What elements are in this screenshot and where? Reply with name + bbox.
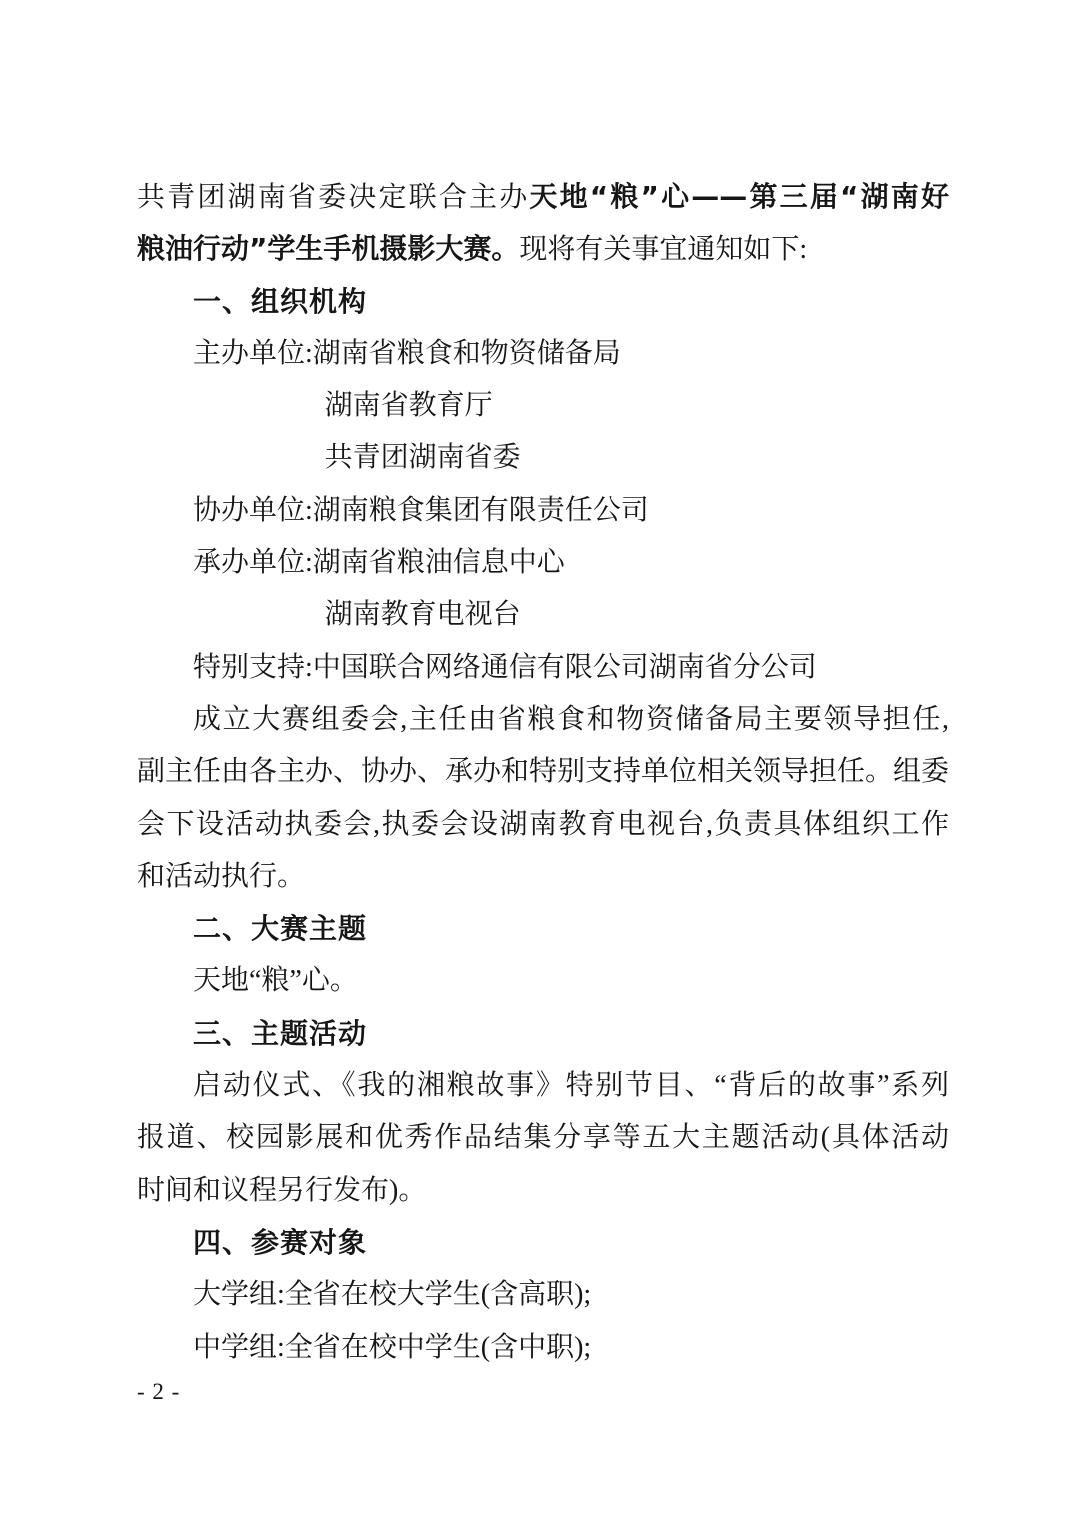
document-line: 湖南教育电视台	[137, 589, 949, 641]
document-line: 特别支持:中国联合网络通信有限公司湖南省分公司	[137, 642, 949, 694]
text-run: 现将有关事宜通知如下:	[519, 234, 807, 265]
text-run: 四、参赛对象	[193, 1226, 367, 1259]
text-run: 副主任由各主办、协办、承办和特别支持单位相关领导担任。组委	[137, 756, 949, 787]
text-run: 天地“粮”心。	[193, 965, 358, 996]
text-run: 承办单位:湖南省粮油信息中心	[193, 547, 565, 578]
document-line: 中学组:全省在校中学生(含中职);	[137, 1322, 949, 1374]
document-line: 共青团湖南省委决定联合主办天地“粮”心——第三届“湖南好	[137, 171, 949, 223]
text-run: 共青团湖南省委	[325, 442, 521, 473]
document-line: 湖南省教育厅	[137, 380, 949, 432]
document-page: 共青团湖南省委决定联合主办天地“粮”心——第三届“湖南好粮油行动”学生手机摄影大…	[0, 0, 1080, 1528]
document-line: 承办单位:湖南省粮油信息中心	[137, 537, 949, 589]
text-run: 粮油行动”学生手机摄影大赛。	[137, 232, 519, 265]
section-heading: 三、主题活动	[137, 1008, 949, 1060]
document-line: 启动仪式、《我的湘粮故事》特别节目、“背后的故事”系列	[137, 1060, 949, 1112]
text-run: 三、主题活动	[193, 1017, 367, 1050]
document-line: 大学组:全省在校大学生(含高职);	[137, 1269, 949, 1321]
text-run: 主办单位:湖南省粮食和物资储备局	[193, 338, 621, 369]
text-run: 湖南省教育厅	[325, 390, 493, 421]
document-line: 成立大赛组委会,主任由省粮食和物资储备局主要领导担任,	[137, 694, 949, 746]
text-run: 成立大赛组委会,主任由省粮食和物资储备局主要领导担任,	[193, 704, 949, 735]
text-run: 共青团湖南省委决定联合主办	[137, 182, 529, 213]
text-run: 二、大赛主题	[193, 912, 367, 945]
document-line: 共青团湖南省委	[137, 432, 949, 484]
document-body: 共青团湖南省委决定联合主办天地“粮”心——第三届“湖南好粮油行动”学生手机摄影大…	[137, 171, 949, 1374]
text-run: 大学组:全省在校大学生(含高职);	[193, 1279, 591, 1310]
text-run: 和活动执行。	[137, 861, 305, 892]
document-line: 副主任由各主办、协办、承办和特别支持单位相关领导担任。组委	[137, 746, 949, 798]
text-run: 特别支持:中国联合网络通信有限公司湖南省分公司	[193, 652, 817, 683]
text-run: 时间和议程另行发布)。	[137, 1175, 426, 1206]
document-line: 协办单位:湖南粮食集团有限责任公司	[137, 485, 949, 537]
document-line: 粮油行动”学生手机摄影大赛。现将有关事宜通知如下:	[137, 223, 949, 275]
text-run: 报道、校园影展和优秀作品结集分享等五大主题活动(具体活动	[137, 1122, 949, 1153]
document-line: 会下设活动执委会,执委会设湖南教育电视台,负责具体组织工作	[137, 799, 949, 851]
text-run: 中学组:全省在校中学生(含中职);	[193, 1332, 591, 1363]
section-heading: 二、大赛主题	[137, 903, 949, 955]
document-line: 主办单位:湖南省粮食和物资储备局	[137, 328, 949, 380]
page-number: - 2 -	[137, 1372, 180, 1412]
text-run: 会下设活动执委会,执委会设湖南教育电视台,负责具体组织工作	[137, 809, 949, 840]
document-line: 时间和议程另行发布)。	[137, 1165, 949, 1217]
text-run: 一、组织机构	[193, 285, 367, 318]
text-run: 协办单位:湖南粮食集团有限责任公司	[193, 495, 649, 526]
document-line: 报道、校园影展和优秀作品结集分享等五大主题活动(具体活动	[137, 1112, 949, 1164]
text-run: 天地“粮”心——第三届“湖南好	[529, 180, 949, 213]
document-line: 天地“粮”心。	[137, 955, 949, 1007]
section-heading: 四、参赛对象	[137, 1217, 949, 1269]
text-run: 启动仪式、《我的湘粮故事》特别节目、“背后的故事”系列	[193, 1070, 949, 1101]
document-line: 和活动执行。	[137, 851, 949, 903]
section-heading: 一、组织机构	[137, 276, 949, 328]
text-run: 湖南教育电视台	[325, 599, 521, 630]
